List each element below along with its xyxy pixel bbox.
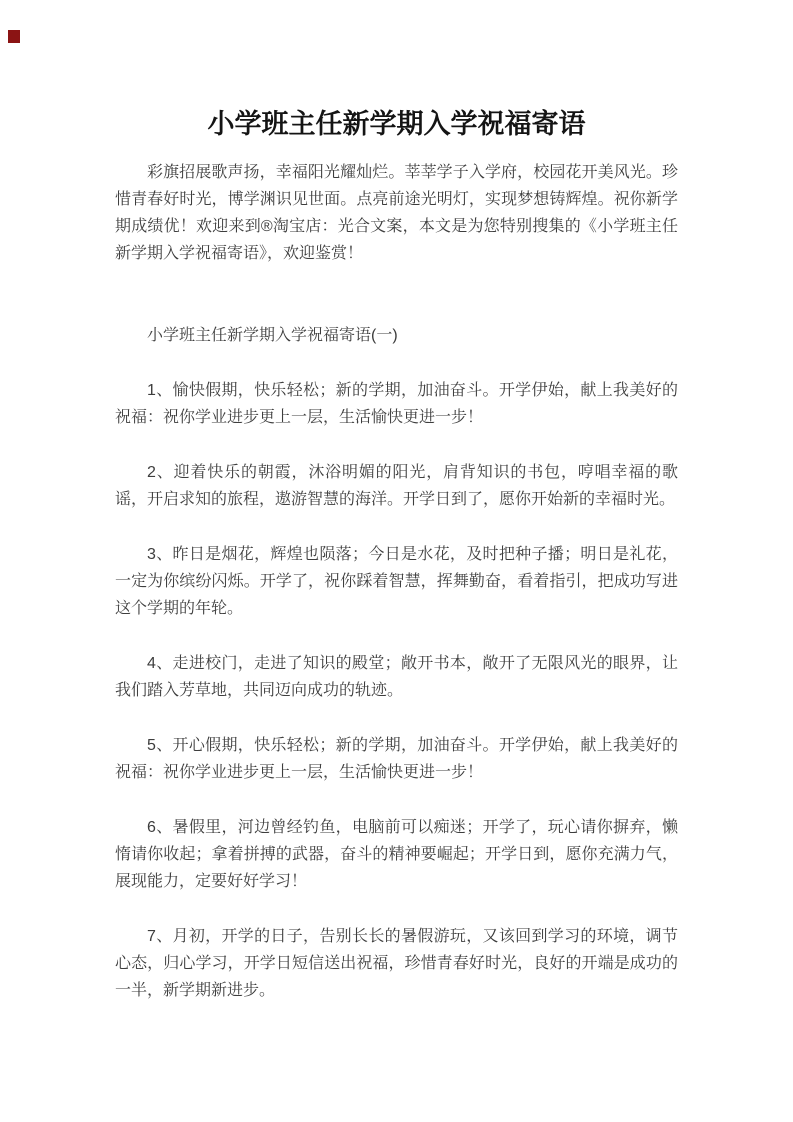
- section-heading: 小学班主任新学期入学祝福寄语(一): [115, 322, 678, 349]
- document-title: 小学班主任新学期入学祝福寄语: [115, 104, 678, 144]
- blessing-item-1: 1、愉快假期，快乐轻松；新的学期，加油奋斗。开学伊始，献上我美好的祝福：祝你学业…: [115, 377, 678, 431]
- blessing-item-6: 6、暑假里，河边曾经钓鱼，电脑前可以痴迷；开学了，玩心请你摒弃，懒惰请你收起；拿…: [115, 814, 678, 895]
- blessing-item-3: 3、昨日是烟花，辉煌也陨落；今日是水花，及时把种子播；明日是礼花，一定为你缤纷闪…: [115, 541, 678, 622]
- document-page: 小学班主任新学期入学祝福寄语 彩旗招展歌声扬，幸福阳光耀灿烂。莘莘学子入学府，校…: [0, 0, 793, 1004]
- blessing-item-7: 7、月初，开学的日子，告别长长的暑假游玩，又该回到学习的环境，调节心态，归心学习…: [115, 923, 678, 1004]
- intro-paragraph: 彩旗招展歌声扬，幸福阳光耀灿烂。莘莘学子入学府，校园花开美风光。珍惜青春好时光，…: [115, 159, 678, 267]
- blessing-item-2: 2、迎着快乐的朝霞，沐浴明媚的阳光，肩背知识的书包，哼唱幸福的歌谣，开启求知的旅…: [115, 459, 678, 513]
- blessing-item-5: 5、开心假期，快乐轻松；新的学期，加油奋斗。开学伊始，献上我美好的祝福：祝你学业…: [115, 732, 678, 786]
- blessing-item-4: 4、走进校门，走进了知识的殿堂；敞开书本，敞开了无限风光的眼界，让我们踏入芳草地…: [115, 650, 678, 704]
- corner-marker: [8, 30, 20, 43]
